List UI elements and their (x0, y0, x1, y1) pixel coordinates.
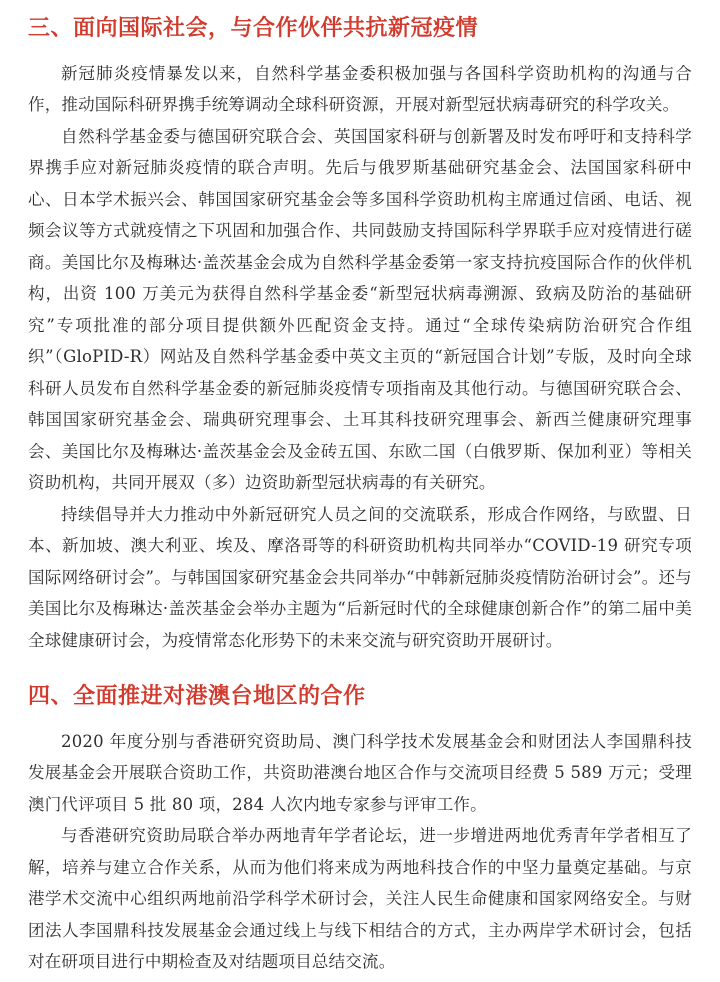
section-heading-international-covid-cooperation: 三、面向国际社会，与合作伙伴共抗新冠疫情 (28, 14, 692, 44)
paragraph-researcher-exchange-webinars: 持续倡导并大力推动中外新冠研究人员之间的交流联系，形成合作网络，与欧盟、日本、新… (28, 499, 692, 657)
section-heading-hongkong-macao-taiwan-cooperation: 四、全面推进对港澳台地区的合作 (28, 682, 692, 712)
paragraph-joint-statements-funding: 自然科学基金委与德国研究联合会、英国国家科研与创新署及时发布呼吁和支持科学界携手… (28, 121, 692, 499)
paragraph-scholar-forums-seminars: 与香港研究资助局联合举办两地青年学者论坛，进一步增进两地优秀青年学者相互了解，培… (28, 820, 692, 978)
section-international-covid-cooperation: 三、面向国际社会，与合作伙伴共抗新冠疫情 新冠肺炎疫情暴发以来，自然科学基金委积… (28, 14, 692, 656)
document-page: 三、面向国际社会，与合作伙伴共抗新冠疫情 新冠肺炎疫情暴发以来，自然科学基金委积… (0, 0, 720, 982)
paragraph-covid-overview: 新冠肺炎疫情暴发以来，自然科学基金委积极加强与各国科学资助机构的沟通与合作，推动… (28, 58, 692, 121)
paragraph-joint-funding-statistics: 2020 年度分别与香港研究资助局、澳门科学技术发展基金会和财团法人李国鼎科技发… (28, 726, 692, 821)
section-hongkong-macao-taiwan-cooperation: 四、全面推进对港澳台地区的合作 2020 年度分别与香港研究资助局、澳门科学技术… (28, 682, 692, 978)
